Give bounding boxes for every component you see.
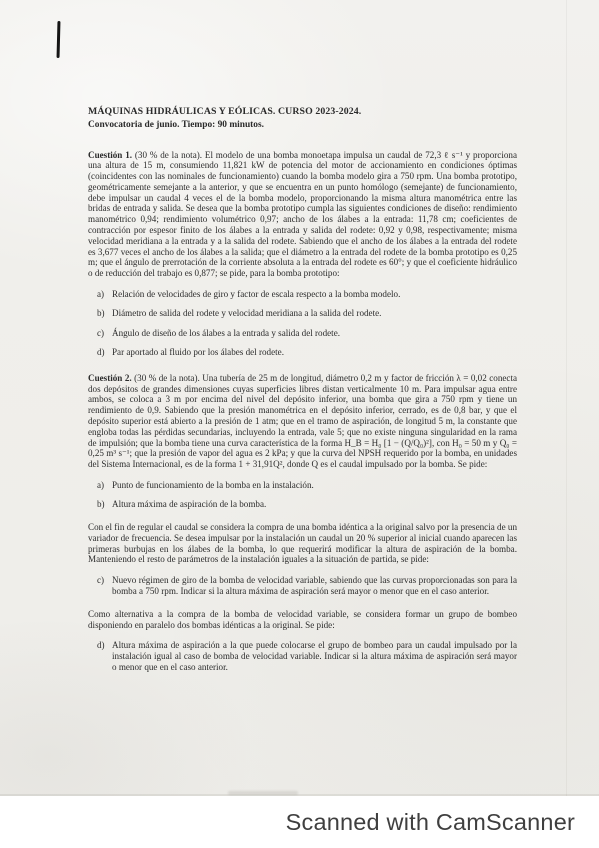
question-1-item-a: a) Relación de velocidades de giro y fac… (97, 289, 517, 300)
item-marker: c) (97, 575, 112, 597)
item-marker: b) (97, 308, 112, 319)
item-text: Nuevo régimen de giro de la bomba de vel… (112, 575, 517, 597)
exam-content: MÁQUINAS HIDRÁULICAS Y EÓLICAS. CURSO 20… (88, 106, 517, 681)
item-text: Punto de funcionamiento de la bomba en l… (112, 480, 517, 491)
question-2-item-c-wrap: c) Nuevo régimen de giro de la bomba de … (88, 575, 517, 597)
question-2-intro-text: (30 % de la nota). Una tubería de 25 m d… (88, 373, 517, 469)
question-2-followup-2: Como alternativa a la compra de la bomba… (88, 609, 517, 631)
document-title: MÁQUINAS HIDRÁULICAS Y EÓLICAS. CURSO 20… (88, 106, 517, 119)
question-2-paragraph: Cuestión 2. (30 % de la nota). Una tuber… (88, 373, 517, 470)
item-text: Relación de velocidades de giro y factor… (112, 289, 517, 300)
item-text: Ángulo de diseño de los álabes a la entr… (112, 328, 517, 339)
item-text: Altura máxima de aspiración de la bomba. (112, 499, 517, 510)
question-2-item-c: c) Nuevo régimen de giro de la bomba de … (97, 575, 517, 597)
scan-smudge (228, 791, 298, 795)
question-2-item-d: d) Altura máxima de aspiración a la que … (97, 640, 517, 672)
item-text: Altura máxima de aspiración a la que pue… (112, 640, 517, 672)
question-1-paragraph: Cuestión 1. (30 % de la nota). El modelo… (88, 150, 517, 280)
question-2-followup-1: Con el fin de regular el caudal se consi… (88, 522, 517, 565)
question-1-items: a) Relación de velocidades de giro y fac… (88, 289, 517, 358)
item-marker: d) (97, 347, 112, 358)
item-text: Diámetro de salida del rodete y velocida… (112, 308, 517, 319)
item-marker: d) (97, 640, 112, 672)
question-1-item-c: c) Ángulo de diseño de los álabes a la e… (97, 328, 517, 339)
question-1-label: Cuestión 1. (88, 150, 132, 160)
question-2-item-d-wrap: d) Altura máxima de aspiración a la que … (88, 640, 517, 672)
item-text: Par aportado al fluido por los álabes de… (112, 347, 517, 358)
item-marker: a) (97, 480, 112, 491)
camscanner-footer: Scanned with CamScanner (0, 796, 599, 848)
question-1-intro-text: (30 % de la nota). El modelo de una bomb… (88, 150, 517, 279)
question-1-item-d: d) Par aportado al fluido por los álabes… (97, 347, 517, 358)
item-marker: b) (97, 499, 112, 510)
question-2-label: Cuestión 2. (88, 373, 132, 383)
paper-edge-shadow (566, 0, 567, 796)
item-marker: c) (97, 328, 112, 339)
document-subtitle: Convocatoria de junio. Tiempo: 90 minuto… (88, 119, 517, 131)
scanned-paper: MÁQUINAS HIDRÁULICAS Y EÓLICAS. CURSO 20… (0, 0, 599, 796)
title-block: MÁQUINAS HIDRÁULICAS Y EÓLICAS. CURSO 20… (88, 106, 517, 131)
question-2-item-b: b) Altura máxima de aspiración de la bom… (97, 499, 517, 510)
question-2-items: a) Punto de funcionamiento de la bomba e… (88, 480, 517, 510)
pen-mark-artifact (57, 21, 61, 58)
question-1-item-b: b) Diámetro de salida del rodete y veloc… (97, 308, 517, 319)
item-marker: a) (97, 289, 112, 300)
camscanner-footer-text: Scanned with CamScanner (286, 809, 575, 836)
question-2-item-a: a) Punto de funcionamiento de la bomba e… (97, 480, 517, 491)
